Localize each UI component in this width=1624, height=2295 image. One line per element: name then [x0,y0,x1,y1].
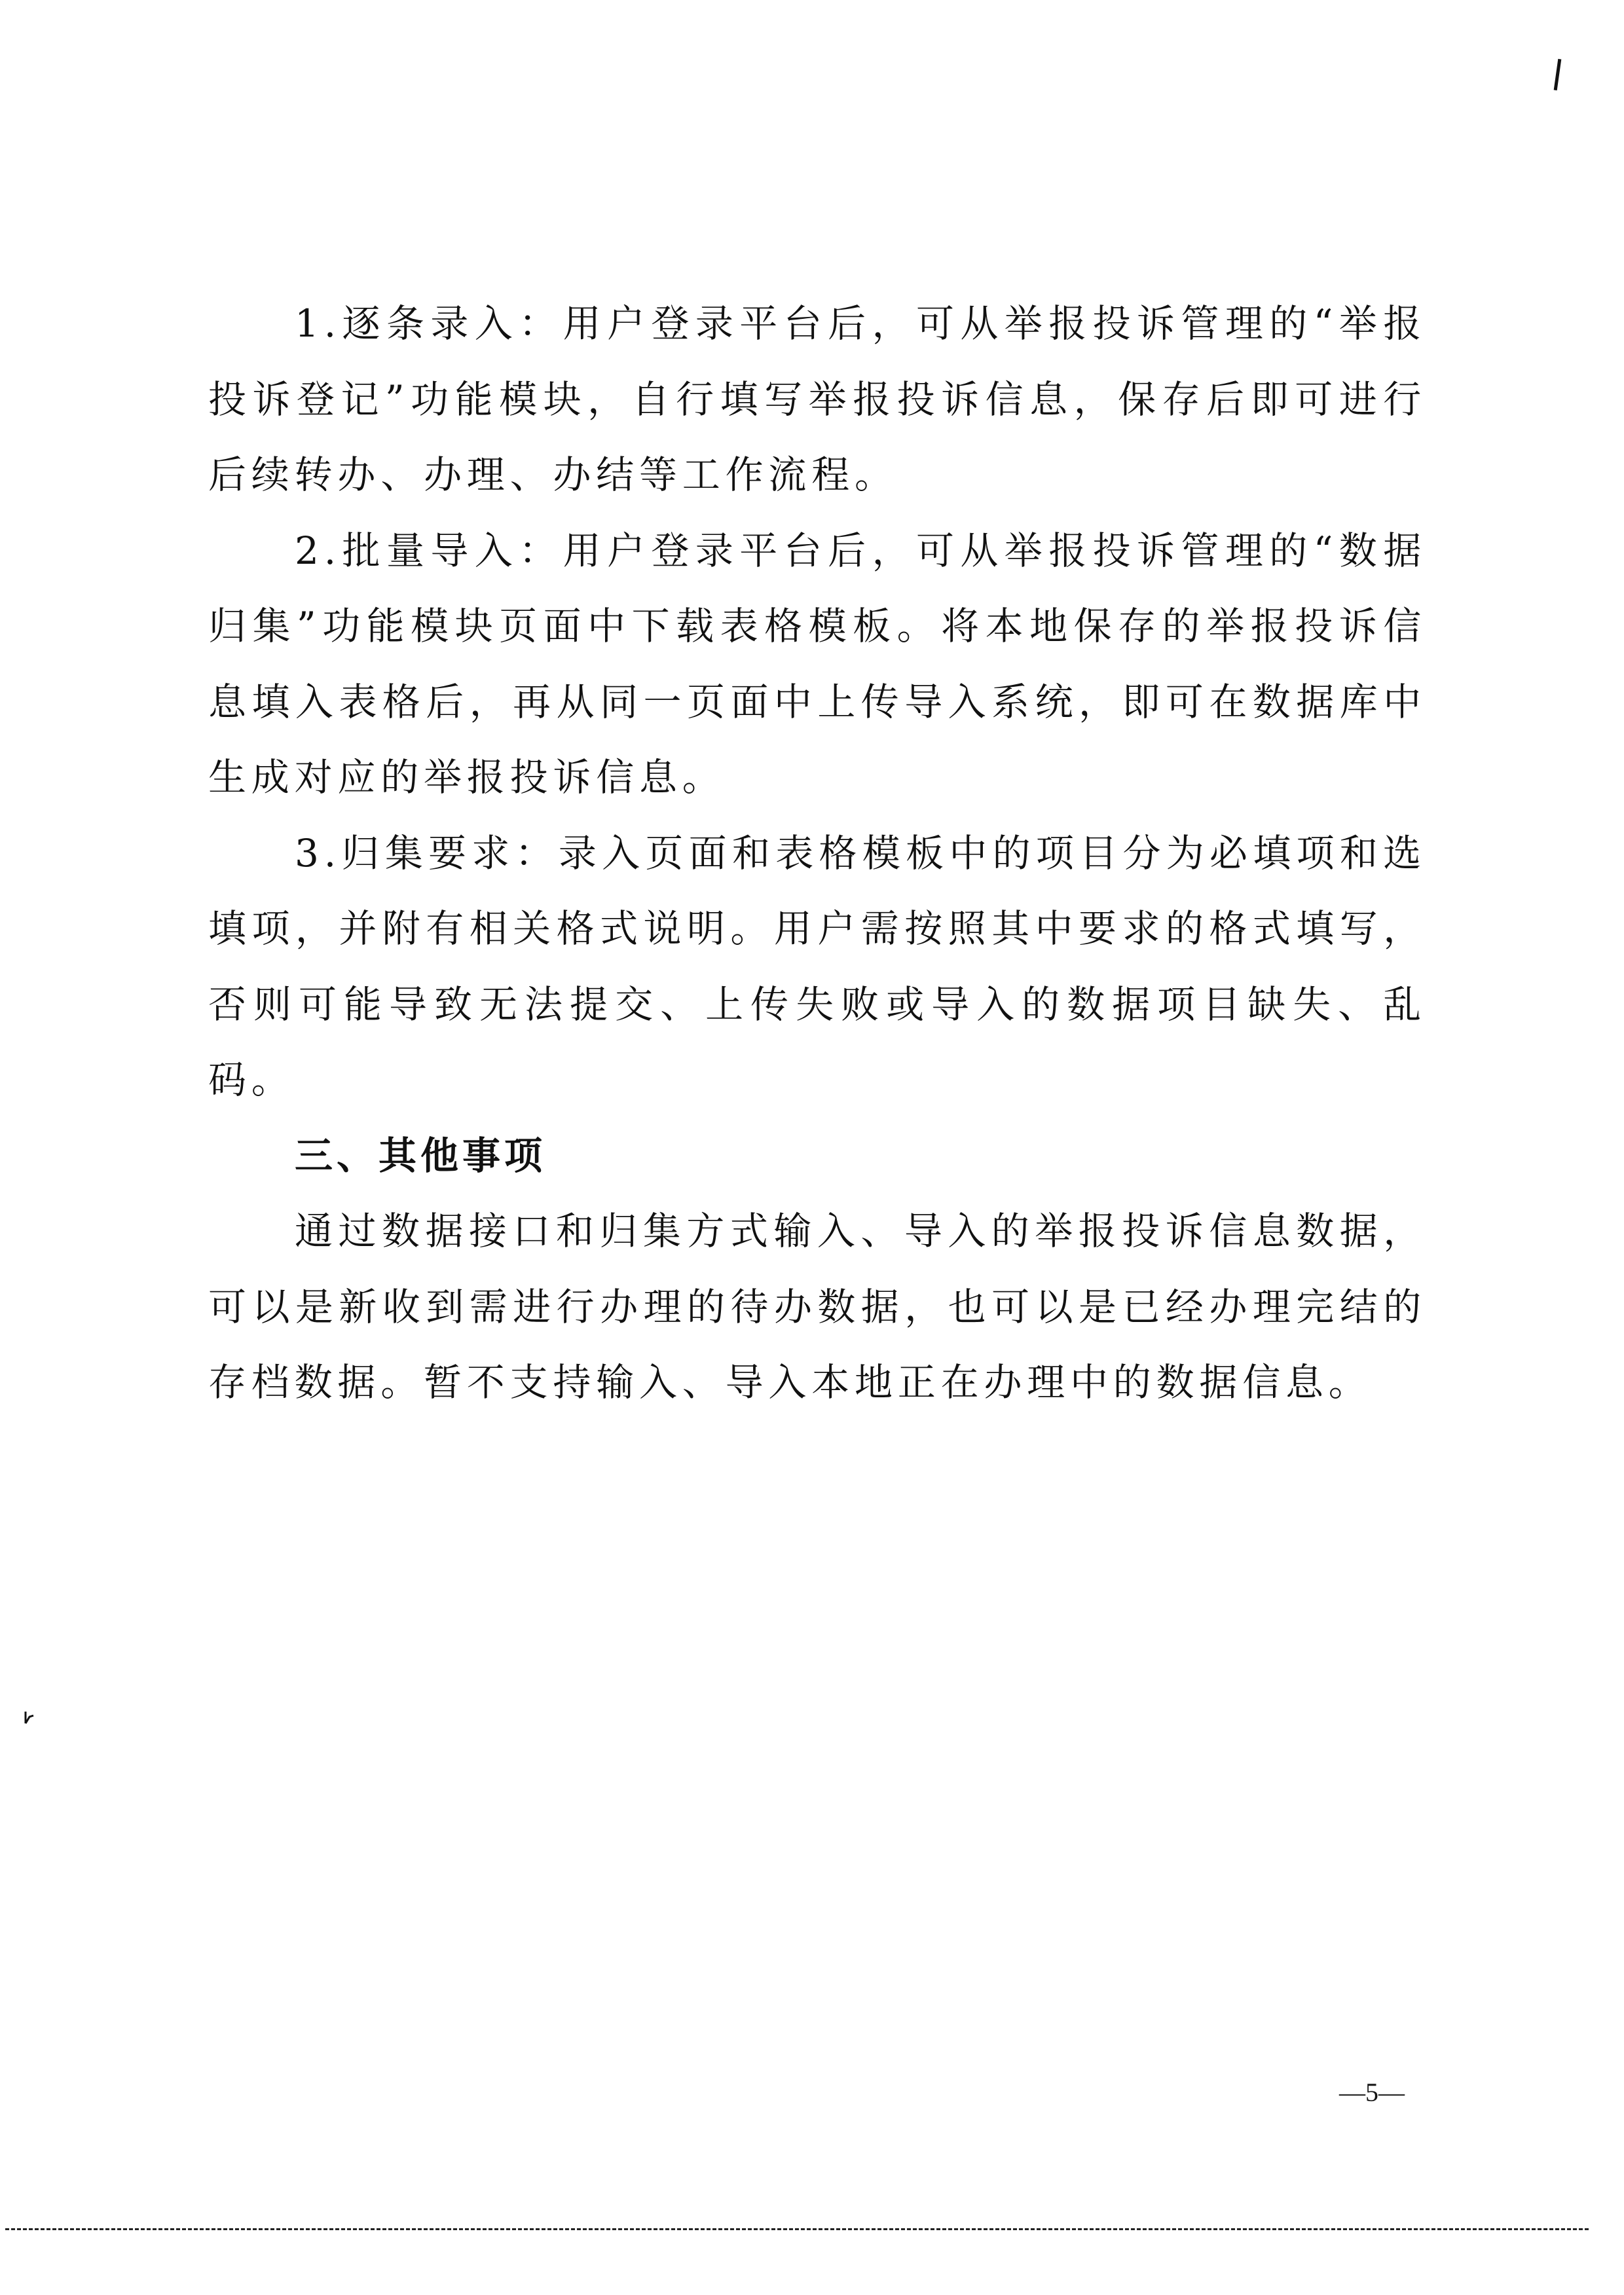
footer-divider [5,2228,1589,2230]
scan-mark-left [23,1710,36,1726]
paragraph-item-2-batch-import: 2.批量导入：用户登录平台后，可从举报投诉管理的“数据归集”功能模块页面中下载表… [208,513,1426,816]
page-number: —5— [1339,2077,1405,2108]
paragraph-item-3-requirements: 3.归集要求：录入页面和表格模板中的项目分为必填项和选填项，并附有相关格式说明。… [208,816,1426,1118]
paragraph-other-matters: 通过数据接口和归集方式输入、导入的举报投诉信息数据，可以是新收到需进行办理的待办… [208,1194,1426,1421]
section-heading-other-matters: 三、其他事项 [208,1118,1426,1194]
paragraph-item-1-entry: 1.逐条录入：用户登录平台后，可从举报投诉管理的“举报投诉登记”功能模块，自行填… [208,286,1426,513]
document-page: 1.逐条录入：用户登录平台后，可从举报投诉管理的“举报投诉登记”功能模块，自行填… [0,0,1624,2295]
scan-mark-top-right [1554,59,1562,90]
document-body: 1.逐条录入：用户登录平台后，可从举报投诉管理的“举报投诉登记”功能模块，自行填… [208,286,1426,1421]
